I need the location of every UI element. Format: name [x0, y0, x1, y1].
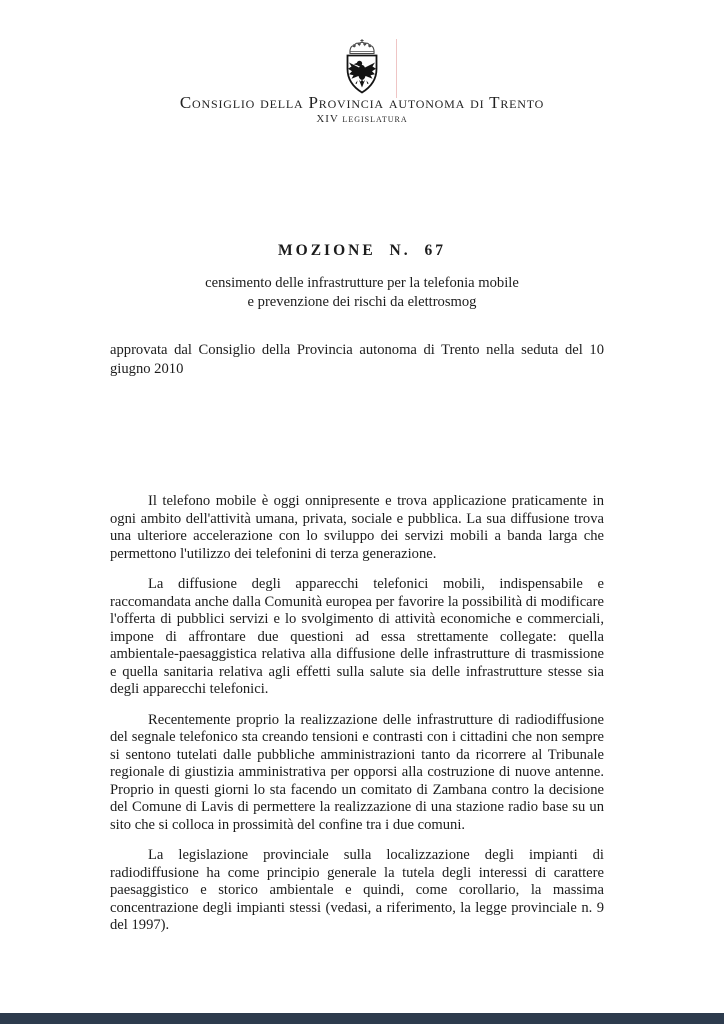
scan-artifact-line: [396, 39, 397, 98]
approval-note: approvata dal Consiglio della Provincia …: [110, 341, 604, 379]
org-name: Consiglio della Provincia autonoma di Tr…: [0, 93, 724, 113]
paragraph-1: Il telefono mobile è oggi onnipresente e…: [110, 493, 604, 563]
subtitle-line-2: e prevenzione dei rischi da elettrosmog: [0, 293, 724, 312]
paragraph-4: La legislazione provinciale sulla locali…: [110, 847, 604, 935]
document-subtitle: censimento delle infrastrutture per la t…: [0, 274, 724, 311]
page-edge-bar: [0, 1013, 724, 1024]
subtitle-line-1: censimento delle infrastrutture per la t…: [0, 274, 724, 293]
document-body: Il telefono mobile è oggi onnipresente e…: [110, 493, 604, 935]
legislature-label: XIV legislatura: [0, 113, 724, 125]
paragraph-2: La diffusione degli apparecchi telefonic…: [110, 576, 604, 699]
document-page: Consiglio della Provincia autonoma di Tr…: [0, 0, 724, 1024]
document-title: MOZIONE N. 67: [0, 242, 724, 260]
paragraph-3: Recentemente proprio la realizzazione de…: [110, 712, 604, 835]
crowned-eagle-shield-crest-icon: [338, 39, 386, 96]
